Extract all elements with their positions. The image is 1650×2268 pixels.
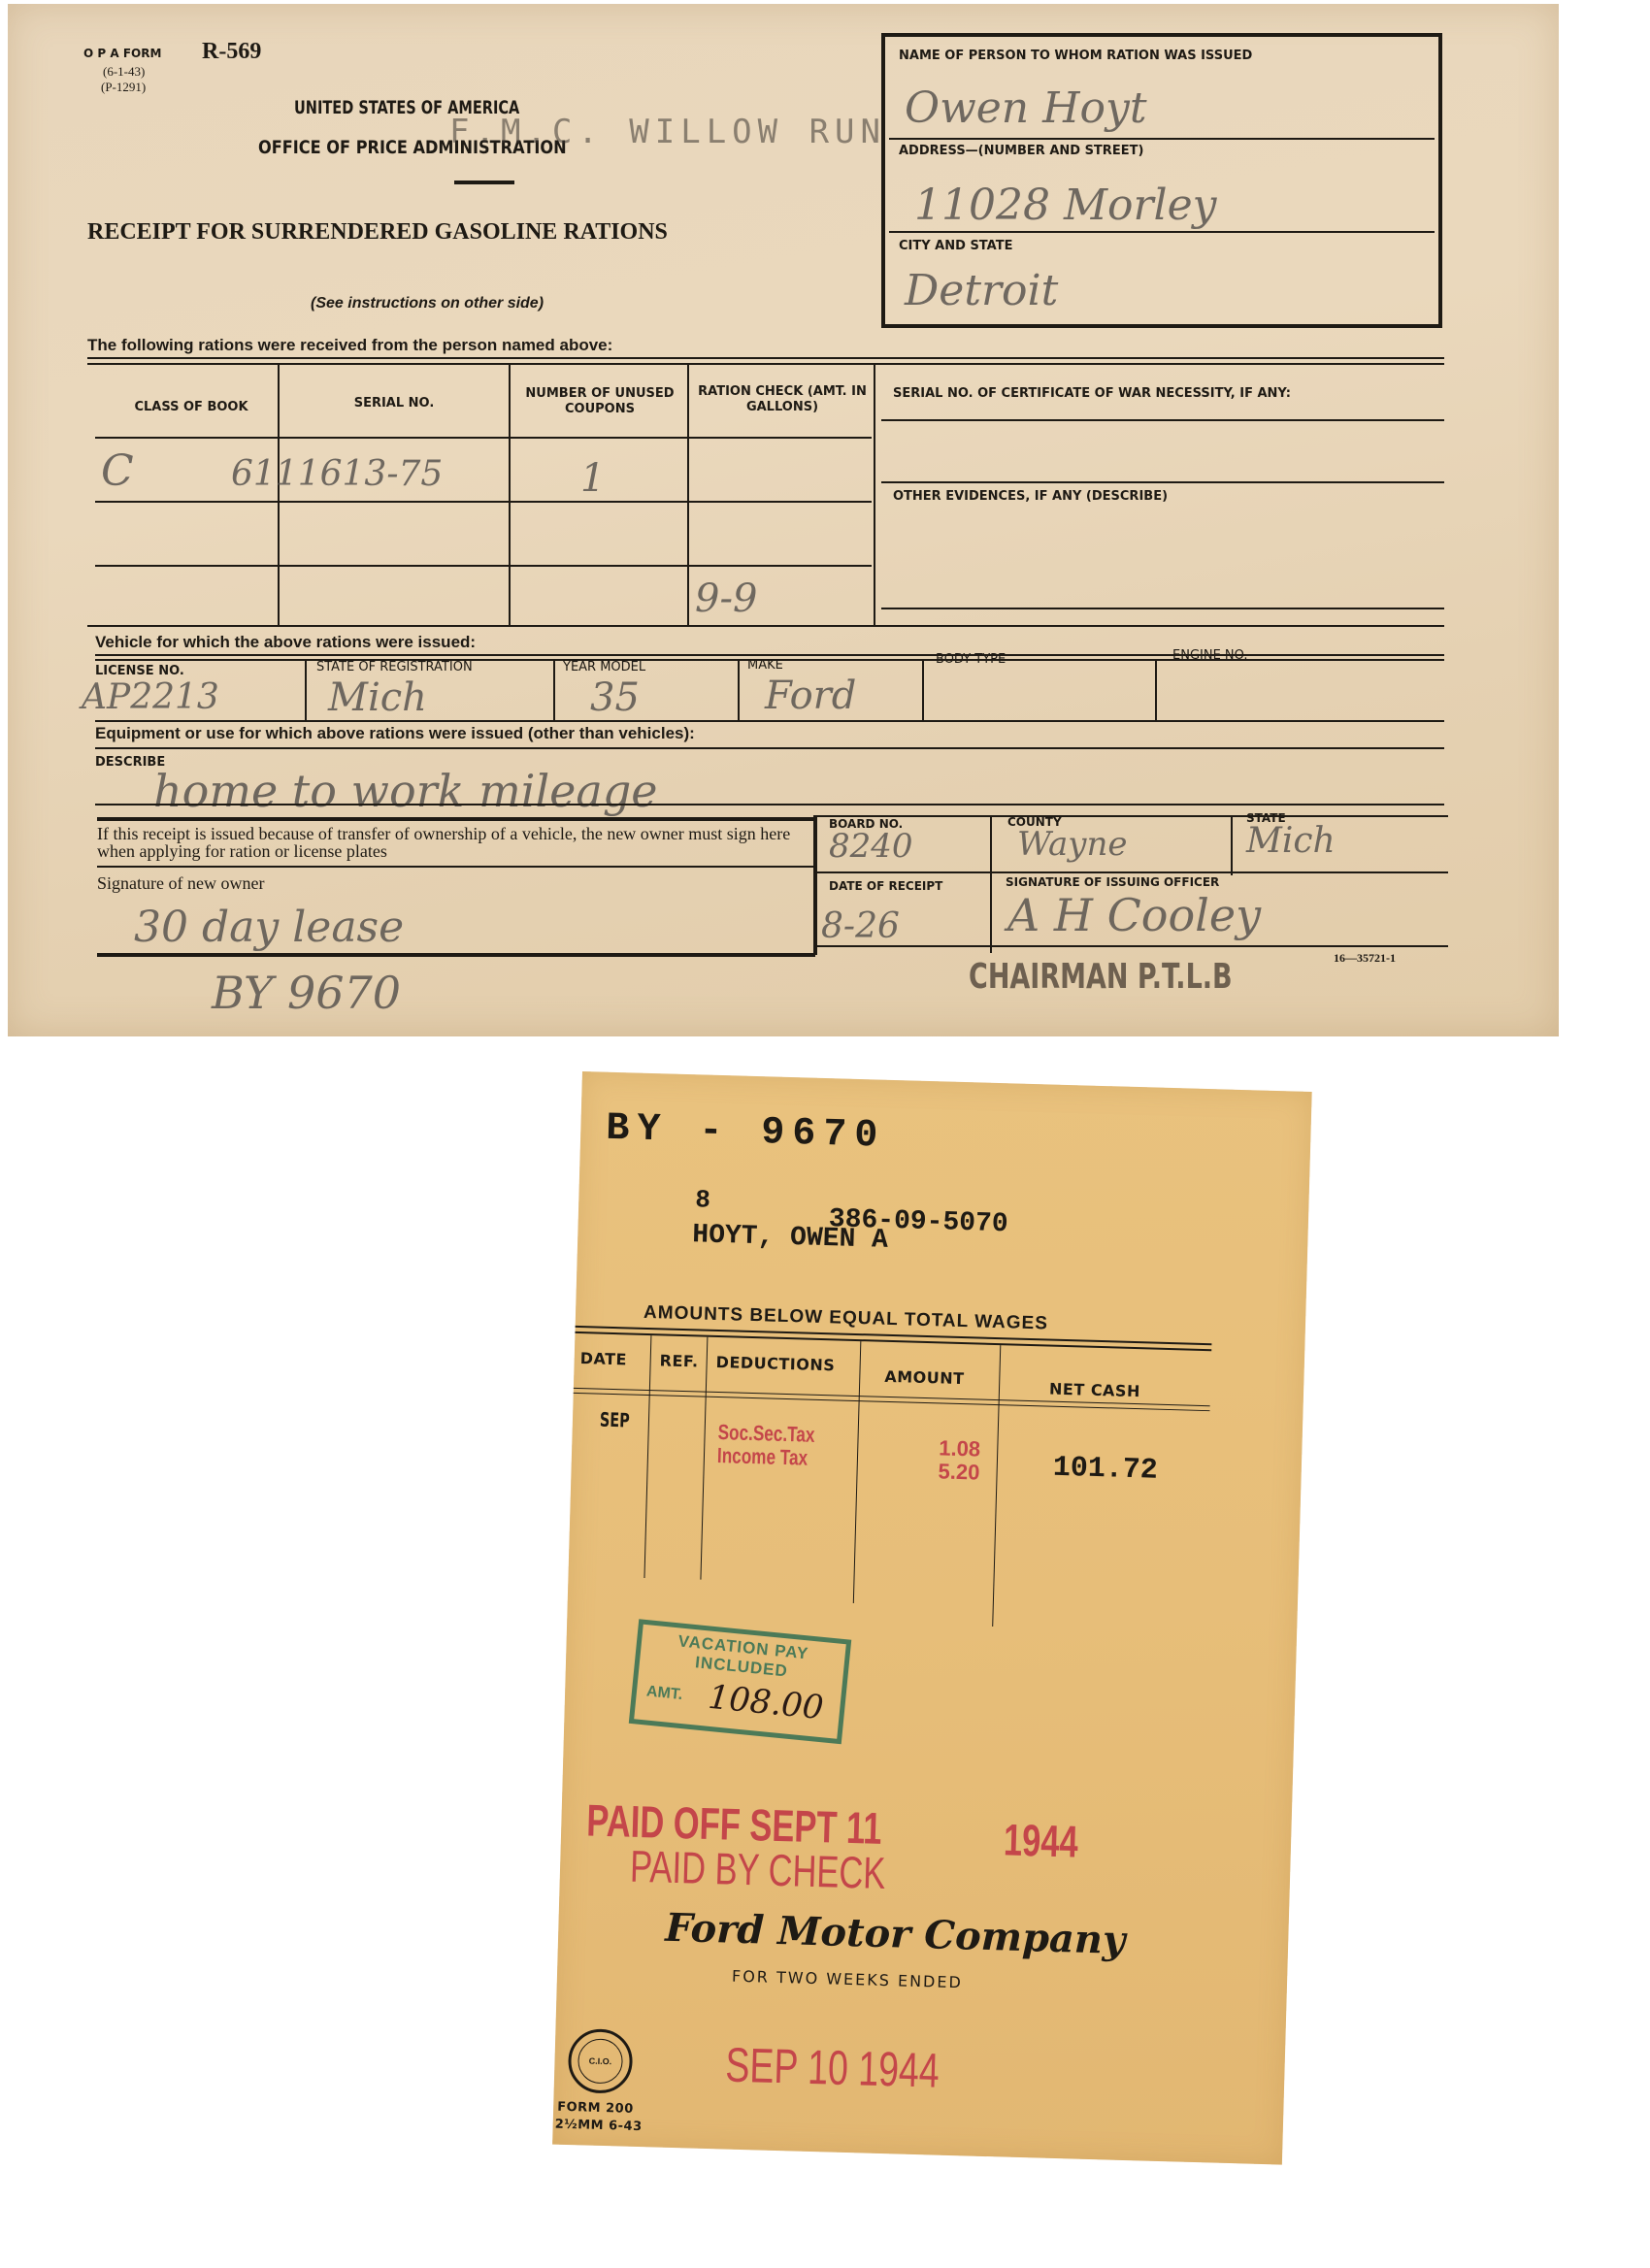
- ration-check-value: 9-9: [695, 576, 757, 621]
- engine-no-label: ENGINE NO.: [1172, 648, 1247, 663]
- col-unused-coupons: NUMBER OF UNUSED COUPONS: [512, 386, 687, 417]
- make-value: Ford: [765, 674, 856, 718]
- date-of-receipt-value: 8-26: [821, 906, 900, 946]
- city-value: Detroit: [905, 266, 1058, 315]
- state-value: Mich: [1246, 821, 1336, 861]
- paid-off-year: 1944: [1003, 1813, 1078, 1867]
- deductions-list: Soc.Sec.Tax Income Tax: [717, 1421, 815, 1470]
- certificate-label: SERIAL NO. OF CERTIFICATE OF WAR NECESSI…: [893, 386, 1291, 401]
- vehicle-heading: Vehicle for which the above rations were…: [95, 633, 476, 652]
- make-label: MAKE: [747, 658, 783, 673]
- license-label: LICENSE NO.: [95, 664, 184, 678]
- col-deductions: DEDUCTIONS: [715, 1353, 835, 1374]
- col-ref: REF.: [659, 1351, 698, 1370]
- form-number: R-569: [202, 39, 261, 65]
- new-owner-signature-value: 30 day lease: [134, 903, 404, 952]
- other-evidences-label: OTHER EVIDENCES, IF ANY (DESCRIBE): [893, 489, 1168, 504]
- issuing-officer-label: SIGNATURE OF ISSUING OFFICER: [1006, 875, 1219, 889]
- col-class-of-book: CLASS OF BOOK: [109, 400, 274, 414]
- year-model-label: YEAR MODEL: [563, 660, 645, 674]
- period-label: FOR TWO WEEKS ENDED: [732, 1967, 963, 1992]
- vacation-pay-stamp: VACATION PAY INCLUDED AMT. 108.00: [629, 1619, 851, 1744]
- deduction-income-tax: Income Tax: [717, 1444, 814, 1470]
- state-reg-label: STATE OF REGISTRATION: [316, 660, 473, 674]
- address-label: ADDRESS—(NUMBER AND STREET): [899, 144, 1143, 158]
- coupons-value: 1: [580, 456, 605, 501]
- ford-logo-script: Ford Motor Company: [665, 1905, 1126, 1963]
- issuing-officer-signature: A H Cooley: [1007, 889, 1261, 941]
- paid-by-check-stamp: PAID BY CHECK: [629, 1840, 886, 1899]
- col-ration-check: RATION CHECK (AMT. IN GALLONS): [691, 384, 874, 415]
- state-reg-value: Mich: [328, 675, 427, 720]
- badge-number: BY - 9670: [606, 1107, 886, 1159]
- handwritten-badge-note: BY 9670: [212, 967, 401, 1019]
- receipt-title: RECEIPT FOR SURRENDERED GASOLINE RATIONS: [87, 219, 668, 246]
- transfer-notice: If this receipt is issued because of tra…: [97, 825, 811, 860]
- gasoline-ration-receipt: O P A FORM R-569 (6-1-43) (P-1291) UNITE…: [8, 4, 1559, 1036]
- serial-value: 6111613-75: [231, 454, 443, 494]
- equipment-heading: Equipment or use for which above rations…: [95, 724, 695, 743]
- union-seal-icon: C.I.O.: [568, 2028, 634, 2094]
- board-no-value: 8240: [829, 827, 913, 866]
- county-value: Wayne: [1017, 825, 1128, 864]
- vacation-amt-label: AMT.: [645, 1683, 683, 1704]
- pay-date: SEP: [600, 1408, 630, 1432]
- chairman-stamp: CHAIRMAN P.T.L.B: [969, 957, 1233, 997]
- recipient-box: NAME OF PERSON TO WHOM RATION WAS ISSUED…: [881, 33, 1442, 328]
- form-label: FORM 200: [557, 2100, 634, 2117]
- col-serial-no: SERIAL NO.: [280, 396, 509, 411]
- name-label: NAME OF PERSON TO WHOM RATION WAS ISSUED: [899, 49, 1252, 63]
- employee-name: HOYT, OWEN A: [692, 1220, 888, 1256]
- willow-run-stamp: F.M.C. WILLOW RUN: [449, 113, 886, 151]
- form-prefix: O P A FORM: [83, 47, 161, 60]
- net-cash-value: 101.72: [1052, 1452, 1158, 1488]
- amount-soc-sec: 1.08: [939, 1436, 978, 1461]
- form-print-code: 2½MM 6-43: [554, 2118, 642, 2135]
- print-code: 16—35721-1: [1334, 951, 1396, 966]
- form-date: (6-1-43): [103, 64, 145, 80]
- vacation-amt-value: 108.00: [707, 1678, 825, 1727]
- amounts-list: 1.08 5.20: [938, 1436, 977, 1484]
- col-net-cash: NET CASH: [1049, 1380, 1140, 1401]
- amount-income-tax: 5.20: [938, 1460, 977, 1484]
- new-owner-signature-label: Signature of new owner: [97, 873, 264, 894]
- address-value: 11028 Morley: [914, 181, 1217, 230]
- date-of-receipt-label: DATE OF RECEIPT: [829, 879, 942, 893]
- rations-heading: The following rations were received from…: [87, 336, 612, 355]
- body-type-label: BODY TYPE: [936, 652, 1006, 667]
- instructions-note: (See instructions on other side): [311, 295, 544, 312]
- city-label: CITY AND STATE: [899, 239, 1012, 253]
- divider: [454, 181, 514, 184]
- license-value: AP2213: [82, 677, 219, 717]
- describe-value: home to work mileage: [153, 765, 658, 817]
- col-amount: AMOUNT: [884, 1367, 965, 1388]
- class-value: C: [101, 446, 134, 496]
- ford-pay-envelope: BY - 9670 8 386-09-5070 HOYT, OWEN A AMO…: [552, 1071, 1312, 2165]
- department-number: 8: [695, 1185, 710, 1214]
- name-value: Owen Hoyt: [905, 83, 1147, 133]
- col-date: DATE: [579, 1349, 627, 1368]
- form-code: (P-1291): [101, 80, 146, 95]
- period-end-date: SEP 10 1944: [725, 2037, 940, 2099]
- year-model-value: 35: [590, 675, 640, 720]
